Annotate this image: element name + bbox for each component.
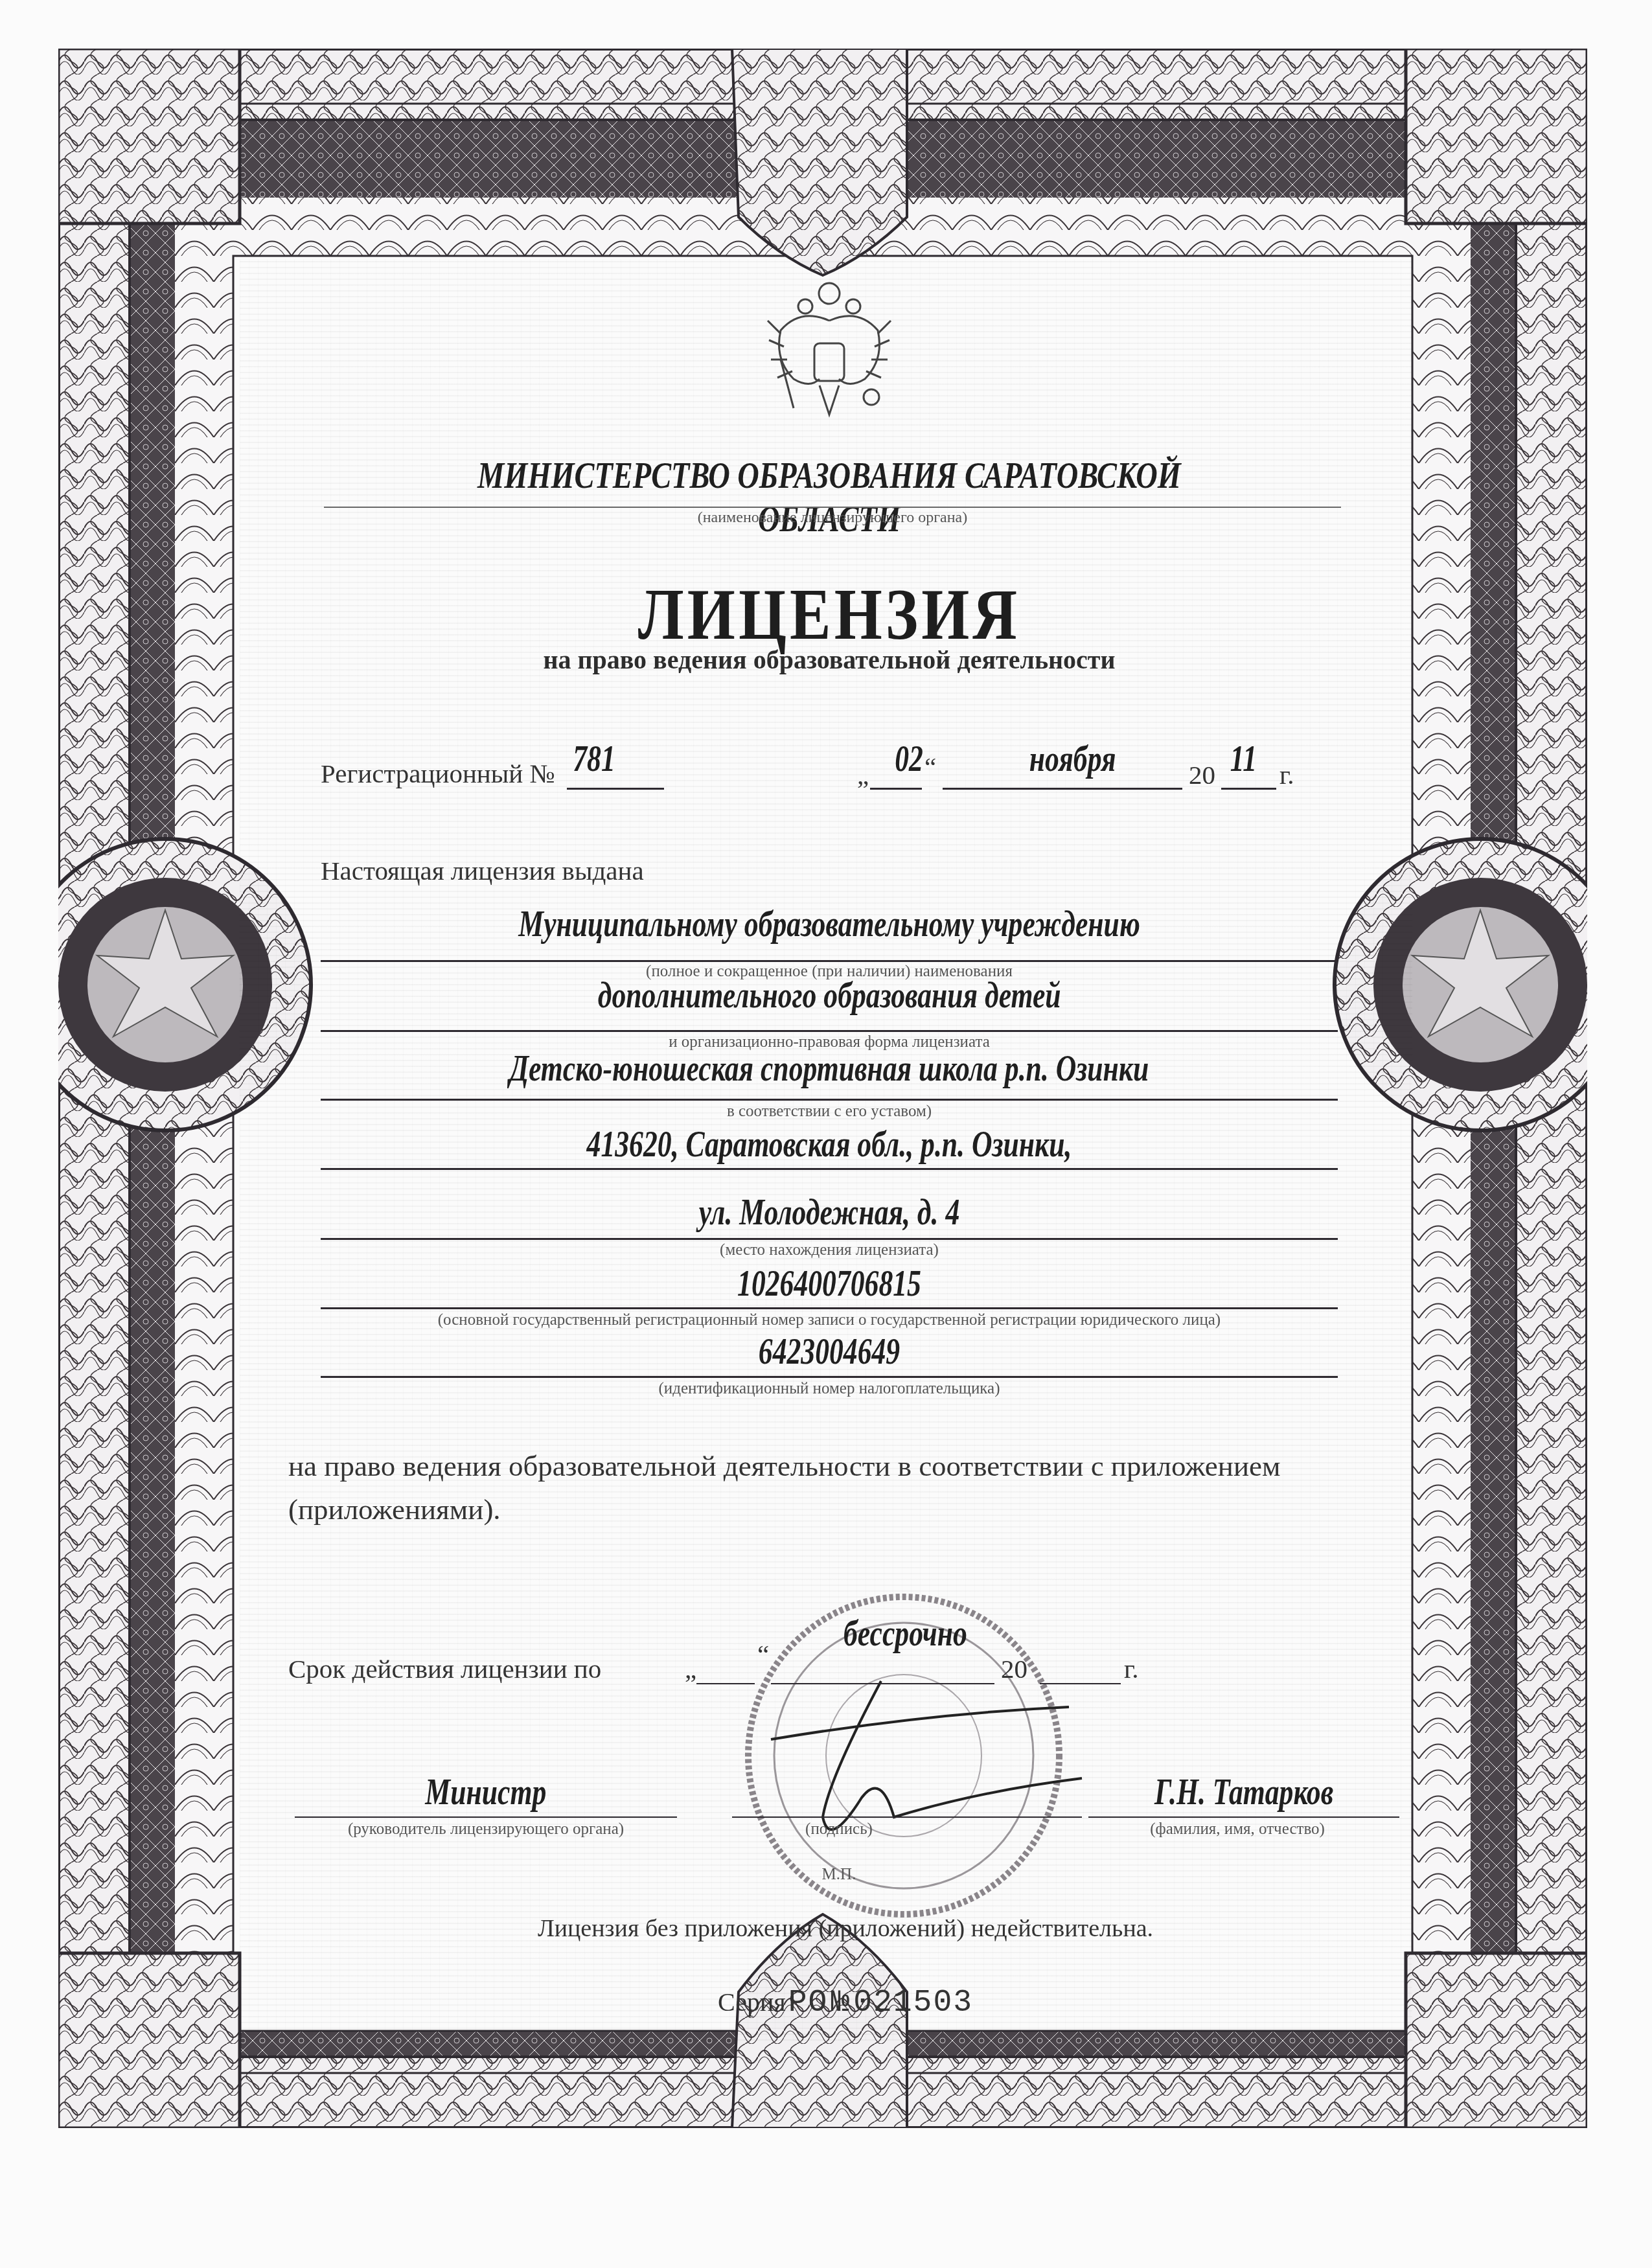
licensee-inn: 6423004649	[321, 1331, 1338, 1373]
issuing-authority: МИНИСТЕРСТВО ОБРАЗОВАНИЯ САРАТОВСКОЙ ОБЛ…	[324, 453, 1335, 540]
stamp-caption: М.П.	[732, 1866, 946, 1884]
licensee-address-line2-rule	[321, 1238, 1338, 1240]
licensee-name-line1-text: Муниципальному образовательному учрежден…	[518, 904, 1140, 945]
signatory-name-rule	[1088, 1816, 1399, 1818]
licensee-ogrn-value: 1026400706815	[737, 1263, 921, 1305]
registration-line: Регистрационный № 781 „ 02 “ ноября 20 1…	[321, 739, 1357, 797]
registration-month: ноября	[1017, 739, 1128, 780]
licensee-name-line3: Детско-юношеская спортивная школа р.п. О…	[321, 1048, 1338, 1090]
registration-year-value: 11	[1230, 739, 1257, 780]
scope-text: на право ведения образовательной деятель…	[288, 1445, 1403, 1531]
licensee-inn-caption: (идентификационный номер налогоплательщи…	[321, 1380, 1338, 1398]
licensee-name-line2-rule	[321, 1030, 1338, 1032]
signatory-position-text: Министр	[426, 1772, 547, 1813]
licensee-ogrn-rule	[321, 1307, 1338, 1309]
signatory-name-text: Г.Н. Татарков	[1154, 1772, 1333, 1813]
series-number-sign: №	[831, 1986, 851, 2021]
issuing-authority-rule	[324, 507, 1341, 508]
signature-rule	[732, 1816, 1082, 1818]
validity-century: 20	[1001, 1653, 1027, 1684]
licensee-name-line1-rule	[321, 960, 1338, 962]
russian-coat-of-arms-icon	[755, 275, 904, 424]
registration-number-value: 781	[573, 739, 615, 780]
registration-year: 11	[1226, 739, 1261, 780]
validity-label: Срок действия лицензии по	[288, 1653, 601, 1684]
registration-year-suffix: г.	[1279, 759, 1294, 790]
licensee-ogrn-caption: (основной государственный регистрационны…	[321, 1311, 1338, 1329]
licensee-name-line1: Муниципальному образовательному учрежден…	[321, 904, 1338, 945]
licensee-address-line1-rule	[321, 1168, 1338, 1170]
licensee-name-line3-rule	[321, 1099, 1338, 1101]
licensee-address-line1: 413620, Саратовская обл., р.п. Озинки,	[321, 1124, 1338, 1165]
licensee-name-line2-text: дополнительного образования детей	[598, 975, 1061, 1016]
licensee-caption3: в соответствии с его уставом)	[321, 1103, 1338, 1121]
registration-day-value: 02	[895, 739, 923, 780]
month-rule	[943, 788, 1182, 790]
series-number: 021503	[853, 1986, 973, 2021]
validity-day-rule	[696, 1683, 755, 1684]
series-line: Серия РО № 021503	[288, 1986, 1403, 2021]
signatory-name: Г.Н. Татарков	[1088, 1772, 1399, 1813]
licensee-intro: Настоящая лицензия выдана	[321, 855, 644, 886]
document-subtitle: на право ведения образовательной деятель…	[389, 645, 1270, 675]
licensee-address-line2-text: ул. Молодежная, д. 4	[699, 1192, 959, 1233]
licensee-ogrn: 1026400706815	[321, 1263, 1338, 1305]
series-label: Серия	[718, 1987, 786, 2017]
signature-caption: (подпись)	[732, 1820, 946, 1838]
validity-value-text: бессрочно	[843, 1613, 967, 1655]
licensee-name-line3-text: Детско-юношеская спортивная школа р.п. О…	[509, 1048, 1149, 1090]
validity-year-rule	[1040, 1683, 1121, 1684]
open-quote: „	[857, 759, 869, 790]
validity-close-quote: “	[757, 1639, 769, 1670]
registration-month-value: ноября	[1029, 739, 1116, 780]
validity-note: Лицензия без приложения (приложений) нед…	[288, 1914, 1403, 1943]
registration-label: Регистрационный №	[321, 758, 555, 789]
series-code: РО	[788, 1986, 829, 2021]
licensee-address-line2: ул. Молодежная, д. 4	[321, 1192, 1338, 1233]
validity-value: бессрочно	[826, 1613, 985, 1655]
licensee-address-line1-text: 413620, Саратовская обл., р.п. Озинки,	[587, 1124, 1072, 1165]
signatory-position: Министр	[295, 1772, 677, 1813]
issuing-authority-text: МИНИСТЕРСТВО ОБРАЗОВАНИЯ САРАТОВСКОЙ ОБЛ…	[425, 453, 1233, 540]
year-rule	[1221, 788, 1276, 790]
licensee-inn-rule	[321, 1376, 1338, 1378]
registration-century: 20	[1189, 759, 1215, 790]
day-rule	[870, 788, 922, 790]
registration-number-rule	[567, 788, 664, 790]
signatory-name-caption: (фамилия, имя, отчество)	[1088, 1820, 1386, 1838]
signatory-position-caption: (руководитель лицензирующего органа)	[295, 1820, 677, 1838]
issuing-authority-caption: (наименование лицензирующего органа)	[324, 509, 1341, 527]
signatory-position-rule	[295, 1816, 677, 1818]
licensee-address-caption: (место нахождения лицензиата)	[321, 1241, 1338, 1259]
validity-year-suffix: г.	[1124, 1653, 1138, 1684]
close-quote: “	[924, 751, 936, 783]
licensee-name-line2: дополнительного образования детей	[321, 975, 1338, 1016]
validity-line: Срок действия лицензии по „ “ бессрочно …	[288, 1613, 1325, 1691]
scope-text-line1: на право ведения образовательной деятель…	[288, 1445, 1403, 1488]
validity-month-rule	[771, 1683, 994, 1684]
scope-text-line2: (приложениями).	[288, 1488, 1403, 1531]
signature-stroke	[771, 1681, 1082, 1829]
registration-day: 02	[891, 739, 927, 780]
validity-open-quote: „	[685, 1653, 696, 1684]
registration-number: 781	[567, 739, 621, 780]
licensee-inn-value: 6423004649	[759, 1331, 900, 1373]
